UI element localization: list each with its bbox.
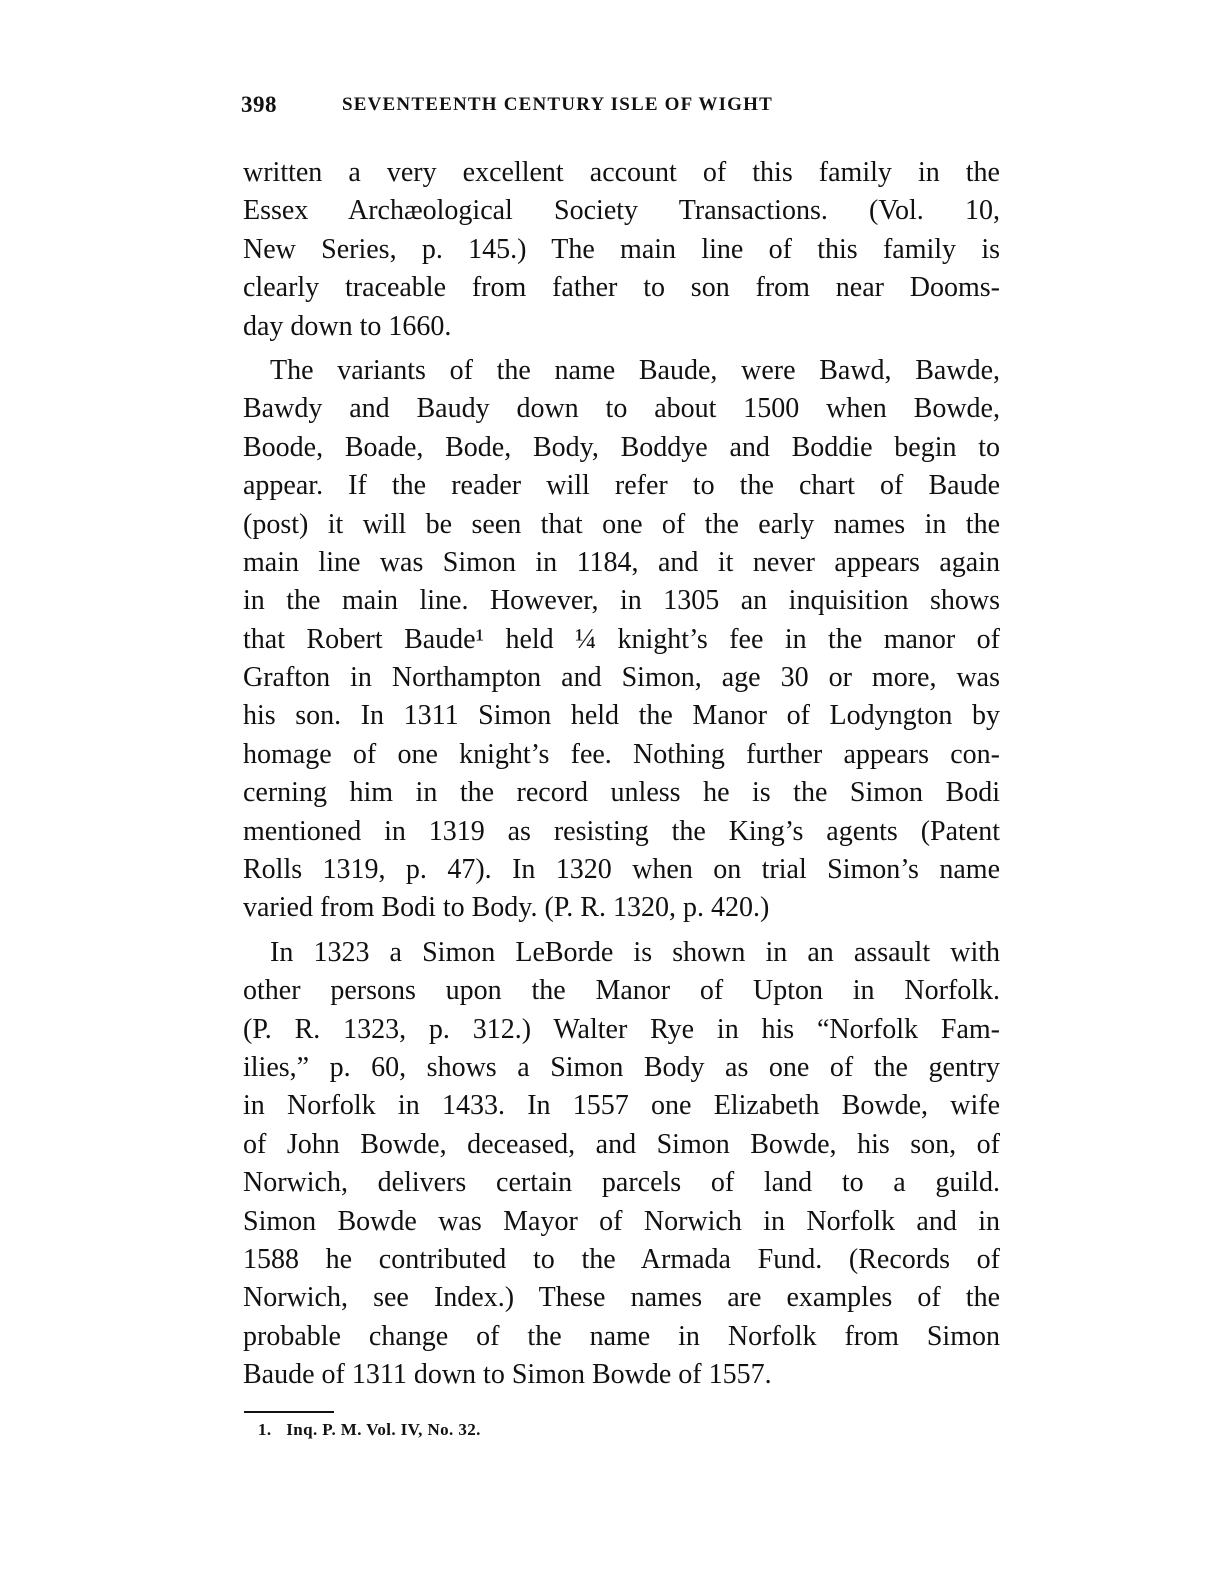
body-text: written a very excellent account of this…: [243, 154, 1000, 1395]
text-line: varied from Bodi to Body. (P. R. 1320, p…: [243, 889, 1000, 927]
running-title: SEVENTEENTH CENTURY ISLE OF WIGHT: [342, 94, 773, 116]
text-line: mentioned in 1319 as resisting the King’…: [243, 813, 1000, 851]
text-line: Norwich, delivers certain parcels of lan…: [243, 1164, 1000, 1202]
text-line: homage of one knight’s fee. Nothing furt…: [243, 736, 1000, 774]
text-line: (P. R. 1323, p. 312.) Walter Rye in his …: [243, 1011, 1000, 1049]
footnote-text: Inq. P. M. Vol. IV, No. 32.: [286, 1420, 481, 1439]
text-line: ilies,” p. 60, shows a Simon Body as one…: [243, 1049, 1000, 1087]
text-line: written a very excellent account of this…: [243, 154, 1000, 192]
text-line: Simon Bowde was Mayor of Norwich in Norf…: [243, 1203, 1000, 1241]
paragraph-2: The variants of the name Baude, were Baw…: [243, 352, 1000, 928]
page-number: 398: [241, 92, 277, 118]
text-line: Essex Archæological Society Transactions…: [243, 192, 1000, 230]
text-line: clearly traceable from father to son fro…: [243, 269, 1000, 307]
text-line: in Norfolk in 1433. In 1557 one Elizabet…: [243, 1087, 1000, 1125]
footnote-1: 1. Inq. P. M. Vol. IV, No. 32.: [258, 1420, 481, 1440]
book-page: 398 SEVENTEENTH CENTURY ISLE OF WIGHT wr…: [0, 0, 1224, 1584]
paragraph-1: written a very excellent account of this…: [243, 154, 1000, 346]
text-line: Norwich, see Index.) These names are exa…: [243, 1279, 1000, 1317]
paragraph-3: In 1323 a Simon LeBorde is shown in an a…: [243, 934, 1000, 1395]
text-line: (post) it will be seen that one of the e…: [243, 506, 1000, 544]
text-line: The variants of the name Baude, were Baw…: [243, 352, 1000, 390]
footnote-number: 1.: [258, 1420, 272, 1439]
text-line: Baude of 1311 down to Simon Bowde of 155…: [243, 1356, 1000, 1394]
text-line: his son. In 1311 Simon held the Manor of…: [243, 697, 1000, 735]
text-line: probable change of the name in Norfolk f…: [243, 1318, 1000, 1356]
text-line: Boode, Boade, Bode, Body, Boddye and Bod…: [243, 429, 1000, 467]
text-line: day down to 1660.: [243, 308, 1000, 346]
text-line: In 1323 a Simon LeBorde is shown in an a…: [243, 934, 1000, 972]
text-line: 1588 he contributed to the Armada Fund. …: [243, 1241, 1000, 1279]
text-line: Bawdy and Baudy down to about 1500 when …: [243, 390, 1000, 428]
text-line: of John Bowde, deceased, and Simon Bowde…: [243, 1126, 1000, 1164]
text-line: that Robert Baude¹ held ¼ knight’s fee i…: [243, 621, 1000, 659]
text-line: New Series, p. 145.) The main line of th…: [243, 231, 1000, 269]
text-line: Grafton in Northampton and Simon, age 30…: [243, 659, 1000, 697]
text-line: main line was Simon in 1184, and it neve…: [243, 544, 1000, 582]
text-line: other persons upon the Manor of Upton in…: [243, 972, 1000, 1010]
text-line: Rolls 1319, p. 47). In 1320 when on tria…: [243, 851, 1000, 889]
text-line: appear. If the reader will refer to the …: [243, 467, 1000, 505]
footnote-divider: [244, 1411, 334, 1413]
text-line: in the main line. However, in 1305 an in…: [243, 582, 1000, 620]
text-line: cerning him in the record unless he is t…: [243, 774, 1000, 812]
running-header: 398 SEVENTEENTH CENTURY ISLE OF WIGHT: [241, 92, 1001, 122]
